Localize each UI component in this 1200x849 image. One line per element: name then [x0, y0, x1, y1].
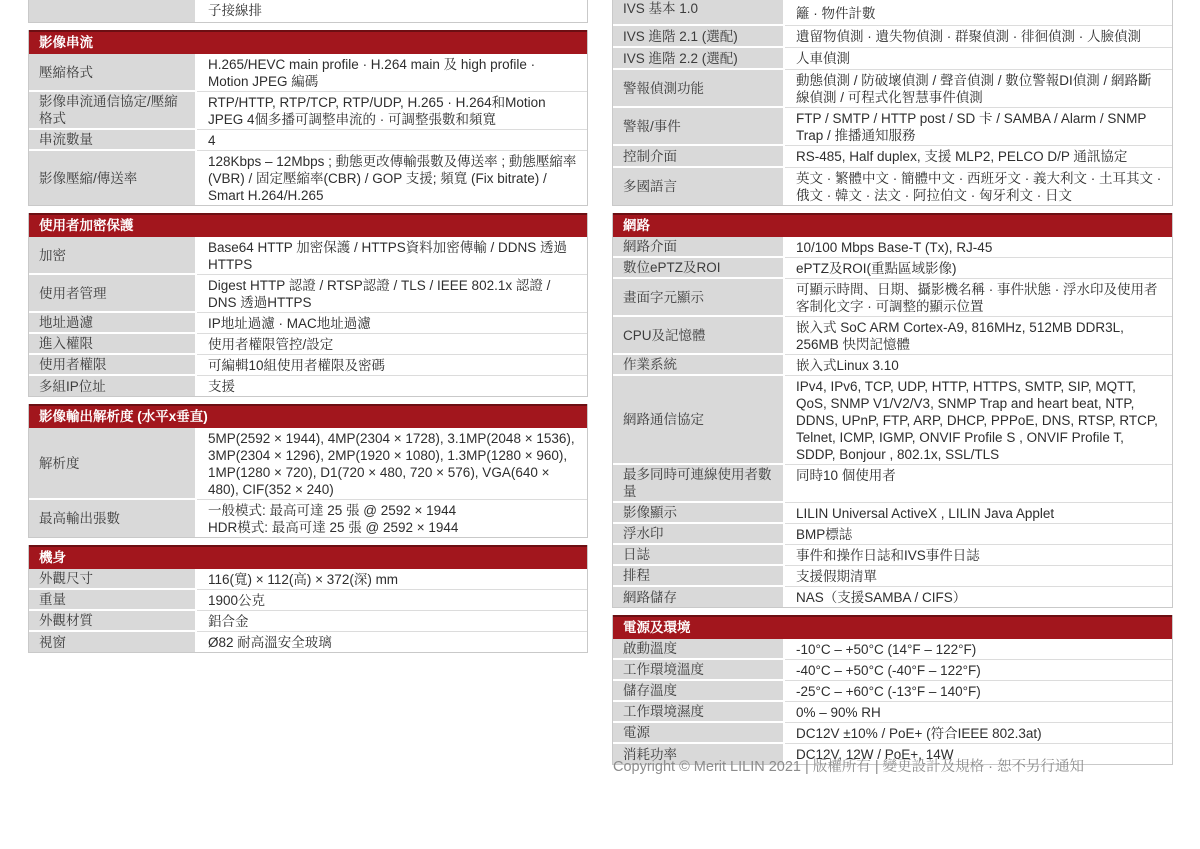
row-value: BMP標誌 [785, 524, 1172, 545]
spec-section-clipped: IVS 基本 1.0籬 · 物件計數IVS 進階 2.1 (選配)遺留物偵測 ·… [612, 0, 1173, 206]
spec-row: 警報/事件FTP / SMTP / HTTP post / SD 卡 / SAM… [613, 108, 1172, 146]
spec-row: 影像串流通信協定/壓縮格式RTP/HTTP, RTP/TCP, RTP/UDP,… [29, 92, 587, 130]
row-label: 多國語言 [613, 168, 785, 205]
row-label: 影像壓縮/傳送率 [29, 151, 197, 205]
row-label: 日誌 [613, 545, 785, 566]
spec-column-left: 子接線排影像串流壓縮格式H.265/HEVC main profile · H.… [28, 0, 588, 653]
row-label: 網路通信協定 [613, 376, 785, 465]
row-value: FTP / SMTP / HTTP post / SD 卡 / SAMBA / … [785, 108, 1172, 146]
row-value: RS-485, Half duplex, 支援 MLP2, PELCO D/P … [785, 146, 1172, 168]
spec-row: 影像顯示LILIN Universal ActiveX , LILIN Java… [613, 503, 1172, 524]
row-value: 10/100 Mbps Base-T (Tx), RJ-45 [785, 237, 1172, 258]
row-label: IVS 基本 1.0 [613, 0, 785, 26]
row-value: RTP/HTTP, RTP/TCP, RTP/UDP, H.265 · H.26… [197, 92, 587, 130]
row-label: 數位ePTZ及ROI [613, 258, 785, 279]
row-value: ePTZ及ROI(重點區域影像) [785, 258, 1172, 279]
row-value: 116(寬) × 112(高) × 372(深) mm [197, 569, 587, 590]
spec-row: 多國語言英文 · 繁體中文 · 簡體中文 · 西班牙文 · 義大利文 · 土耳其… [613, 168, 1172, 205]
row-value: 1900公克 [197, 590, 587, 611]
spec-section: 網路網路介面10/100 Mbps Base-T (Tx), RJ-45數位eP… [612, 213, 1173, 608]
row-label: 最高輸出張數 [29, 500, 197, 537]
row-value: 0% – 90% RH [785, 702, 1172, 723]
section-header: 影像串流 [29, 30, 587, 54]
spec-row: 外觀尺寸116(寬) × 112(高) × 372(深) mm [29, 569, 587, 590]
spec-row: 網路通信協定IPv4, IPv6, TCP, UDP, HTTP, HTTPS,… [613, 376, 1172, 465]
copyright-notice: Copyright © Merit LILIN 2021 | 版權所有 | 變更… [613, 758, 1084, 776]
row-label: 外觀尺寸 [29, 569, 197, 590]
spec-row: 串流數量4 [29, 130, 587, 151]
spec-row: 外觀材質鋁合金 [29, 611, 587, 632]
row-label: 啟動溫度 [613, 639, 785, 660]
row-value: -25°C – +60°C (-13°F – 140°F) [785, 681, 1172, 702]
row-value: -10°C – +50°C (14°F – 122°F) [785, 639, 1172, 660]
row-label: 工作環境濕度 [613, 702, 785, 723]
spec-section: 影像輸出解析度 (水平x垂直)解析度5MP(2592 × 1944), 4MP(… [28, 404, 588, 538]
spec-row: 地址過濾IP地址過濾 · MAC地址過濾 [29, 313, 587, 334]
section-header: 影像輸出解析度 (水平x垂直) [29, 404, 587, 428]
spec-row: IVS 基本 1.0籬 · 物件計數 [613, 0, 1172, 26]
row-label: 網路介面 [613, 237, 785, 258]
row-label: 視窗 [29, 632, 197, 652]
row-label: 外觀材質 [29, 611, 197, 632]
spec-row: 排程支援假期清單 [613, 566, 1172, 587]
row-value: 可編輯10組使用者權限及密碼 [197, 355, 587, 376]
section-header: 電源及環境 [613, 615, 1172, 639]
row-label: CPU及記憶體 [613, 317, 785, 355]
row-value: DC12V ±10% / PoE+ (符合IEEE 802.3at) [785, 723, 1172, 744]
row-value: LILIN Universal ActiveX , LILIN Java App… [785, 503, 1172, 524]
row-label: 使用者管理 [29, 275, 197, 313]
row-value: IPv4, IPv6, TCP, UDP, HTTP, HTTPS, SMTP,… [785, 376, 1172, 465]
section-header: 網路 [613, 213, 1172, 237]
row-value: Digest HTTP 認證 / RTSP認證 / TLS / IEEE 802… [197, 275, 587, 313]
row-label: 使用者權限 [29, 355, 197, 376]
spec-row: CPU及記憶體嵌入式 SoC ARM Cortex-A9, 816MHz, 51… [613, 317, 1172, 355]
spec-row: 浮水印BMP標誌 [613, 524, 1172, 545]
row-label: IVS 進階 2.2 (選配) [613, 48, 785, 70]
spec-row: 儲存溫度-25°C – +60°C (-13°F – 140°F) [613, 681, 1172, 702]
spec-row: 解析度5MP(2592 × 1944), 4MP(2304 × 1728), 3… [29, 428, 587, 500]
spec-row: IVS 進階 2.2 (選配)人車偵測 [613, 48, 1172, 70]
spec-row: 控制介面RS-485, Half duplex, 支援 MLP2, PELCO … [613, 146, 1172, 168]
spec-row: 壓縮格式H.265/HEVC main profile · H.264 main… [29, 54, 587, 92]
row-label: 解析度 [29, 428, 197, 500]
spec-row: 使用者權限可編輯10組使用者權限及密碼 [29, 355, 587, 376]
row-value: -40°C – +50°C (-40°F – 122°F) [785, 660, 1172, 681]
spec-row: 最多同時可連線使用者數量同時10 個使用者 [613, 465, 1172, 503]
spec-row: 畫面字元顯示可顯示時間、日期、攝影機名稱 · 事件狀態 · 浮水印及使用者客制化… [613, 279, 1172, 317]
row-value: 鋁合金 [197, 611, 587, 632]
row-label: 影像顯示 [613, 503, 785, 524]
row-value: IP地址過濾 · MAC地址過濾 [197, 313, 587, 334]
spec-row: IVS 進階 2.1 (選配)遺留物偵測 · 遺失物偵測 · 群聚偵測 · 徘徊… [613, 26, 1172, 48]
spec-section: 使用者加密保護加密Base64 HTTP 加密保護 / HTTPS資料加密傳輸 … [28, 213, 588, 397]
row-label: 警報偵測功能 [613, 70, 785, 108]
row-label: 多組IP位址 [29, 376, 197, 396]
row-value: 4 [197, 130, 587, 151]
row-value: 支援 [197, 376, 587, 396]
row-label: 畫面字元顯示 [613, 279, 785, 317]
row-label: 電源 [613, 723, 785, 744]
spec-section: 電源及環境啟動溫度-10°C – +50°C (14°F – 122°F)工作環… [612, 615, 1173, 765]
spec-row: 進入權限使用者權限管控/設定 [29, 334, 587, 355]
row-value: 子接線排 [197, 0, 587, 22]
spec-row: 使用者管理Digest HTTP 認證 / RTSP認證 / TLS / IEE… [29, 275, 587, 313]
row-value: 使用者權限管控/設定 [197, 334, 587, 355]
spec-row: 最高輸出張數一般模式: 最高可達 25 張 @ 2592 × 1944 HDR模… [29, 500, 587, 537]
spec-row: 視窗Ø82 耐高溫安全玻璃 [29, 632, 587, 652]
spec-section-clipped: 子接線排 [28, 0, 588, 23]
row-label: 壓縮格式 [29, 54, 197, 92]
row-value: NAS（支援SAMBA / CIFS） [785, 587, 1172, 607]
row-label: 加密 [29, 237, 197, 275]
spec-row: 警報偵測功能動態偵測 / 防破壞偵測 / 聲音偵測 / 數位警報DI偵測 / 網… [613, 70, 1172, 108]
row-value: H.265/HEVC main profile · H.264 main 及 h… [197, 54, 587, 92]
spec-row: 工作環境溫度-40°C – +50°C (-40°F – 122°F) [613, 660, 1172, 681]
row-value: 128Kbps – 12Mbps ; 動態更改傳輸張數及傳送率 ; 動態壓縮率(… [197, 151, 587, 205]
row-value: 同時10 個使用者 [785, 465, 1172, 503]
row-label: 警報/事件 [613, 108, 785, 146]
spec-row: 作業系統嵌入式Linux 3.10 [613, 355, 1172, 376]
row-value: 嵌入式 SoC ARM Cortex-A9, 816MHz, 512MB DDR… [785, 317, 1172, 355]
row-label: 浮水印 [613, 524, 785, 545]
spec-row: 加密Base64 HTTP 加密保護 / HTTPS資料加密傳輸 / DDNS … [29, 237, 587, 275]
spec-row: 電源DC12V ±10% / PoE+ (符合IEEE 802.3at) [613, 723, 1172, 744]
row-value: Ø82 耐高溫安全玻璃 [197, 632, 587, 652]
spec-row: 重量1900公克 [29, 590, 587, 611]
spec-row: 啟動溫度-10°C – +50°C (14°F – 122°F) [613, 639, 1172, 660]
row-value: 人車偵測 [785, 48, 1172, 70]
row-label: 最多同時可連線使用者數量 [613, 465, 785, 503]
row-value: 事件和操作日誌和IVS事件日誌 [785, 545, 1172, 566]
row-value: 嵌入式Linux 3.10 [785, 355, 1172, 376]
row-label: 控制介面 [613, 146, 785, 168]
row-label: 工作環境溫度 [613, 660, 785, 681]
row-label: 網路儲存 [613, 587, 785, 607]
spec-row: 網路介面10/100 Mbps Base-T (Tx), RJ-45 [613, 237, 1172, 258]
spec-section: 影像串流壓縮格式H.265/HEVC main profile · H.264 … [28, 30, 588, 206]
row-value: 遺留物偵測 · 遺失物偵測 · 群聚偵測 · 徘徊偵測 · 人臉偵測 [785, 26, 1172, 48]
spec-column-right: IVS 基本 1.0籬 · 物件計數IVS 進階 2.1 (選配)遺留物偵測 ·… [612, 0, 1173, 765]
spec-row: 子接線排 [29, 0, 587, 22]
spec-row: 網路儲存NAS（支援SAMBA / CIFS） [613, 587, 1172, 607]
spec-row: 數位ePTZ及ROIePTZ及ROI(重點區域影像) [613, 258, 1172, 279]
section-header: 機身 [29, 545, 587, 569]
row-value: 動態偵測 / 防破壞偵測 / 聲音偵測 / 數位警報DI偵測 / 網路斷線偵測 … [785, 70, 1172, 108]
row-label: 進入權限 [29, 334, 197, 355]
row-label: 地址過濾 [29, 313, 197, 334]
row-label: 影像串流通信協定/壓縮格式 [29, 92, 197, 130]
spec-row: 工作環境濕度0% – 90% RH [613, 702, 1172, 723]
row-value: Base64 HTTP 加密保護 / HTTPS資料加密傳輸 / DDNS 透過… [197, 237, 587, 275]
row-label: 排程 [613, 566, 785, 587]
row-value: 籬 · 物件計數 [785, 0, 1172, 26]
row-label [29, 0, 197, 22]
row-label: 作業系統 [613, 355, 785, 376]
row-value: 英文 · 繁體中文 · 簡體中文 · 西班牙文 · 義大利文 · 土耳其文 · … [785, 168, 1172, 205]
spec-row: 日誌事件和操作日誌和IVS事件日誌 [613, 545, 1172, 566]
spec-row: 多組IP位址支援 [29, 376, 587, 396]
row-label: IVS 進階 2.1 (選配) [613, 26, 785, 48]
row-value: 5MP(2592 × 1944), 4MP(2304 × 1728), 3.1M… [197, 428, 587, 500]
row-value: 一般模式: 最高可達 25 張 @ 2592 × 1944 HDR模式: 最高可… [197, 500, 587, 537]
section-header: 使用者加密保護 [29, 213, 587, 237]
row-label: 儲存溫度 [613, 681, 785, 702]
row-value: 可顯示時間、日期、攝影機名稱 · 事件狀態 · 浮水印及使用者客制化文字 · 可… [785, 279, 1172, 317]
row-value: 支援假期清單 [785, 566, 1172, 587]
row-label: 串流數量 [29, 130, 197, 151]
row-label: 重量 [29, 590, 197, 611]
spec-section: 機身外觀尺寸116(寬) × 112(高) × 372(深) mm重量1900公… [28, 545, 588, 653]
spec-row: 影像壓縮/傳送率128Kbps – 12Mbps ; 動態更改傳輸張數及傳送率 … [29, 151, 587, 205]
